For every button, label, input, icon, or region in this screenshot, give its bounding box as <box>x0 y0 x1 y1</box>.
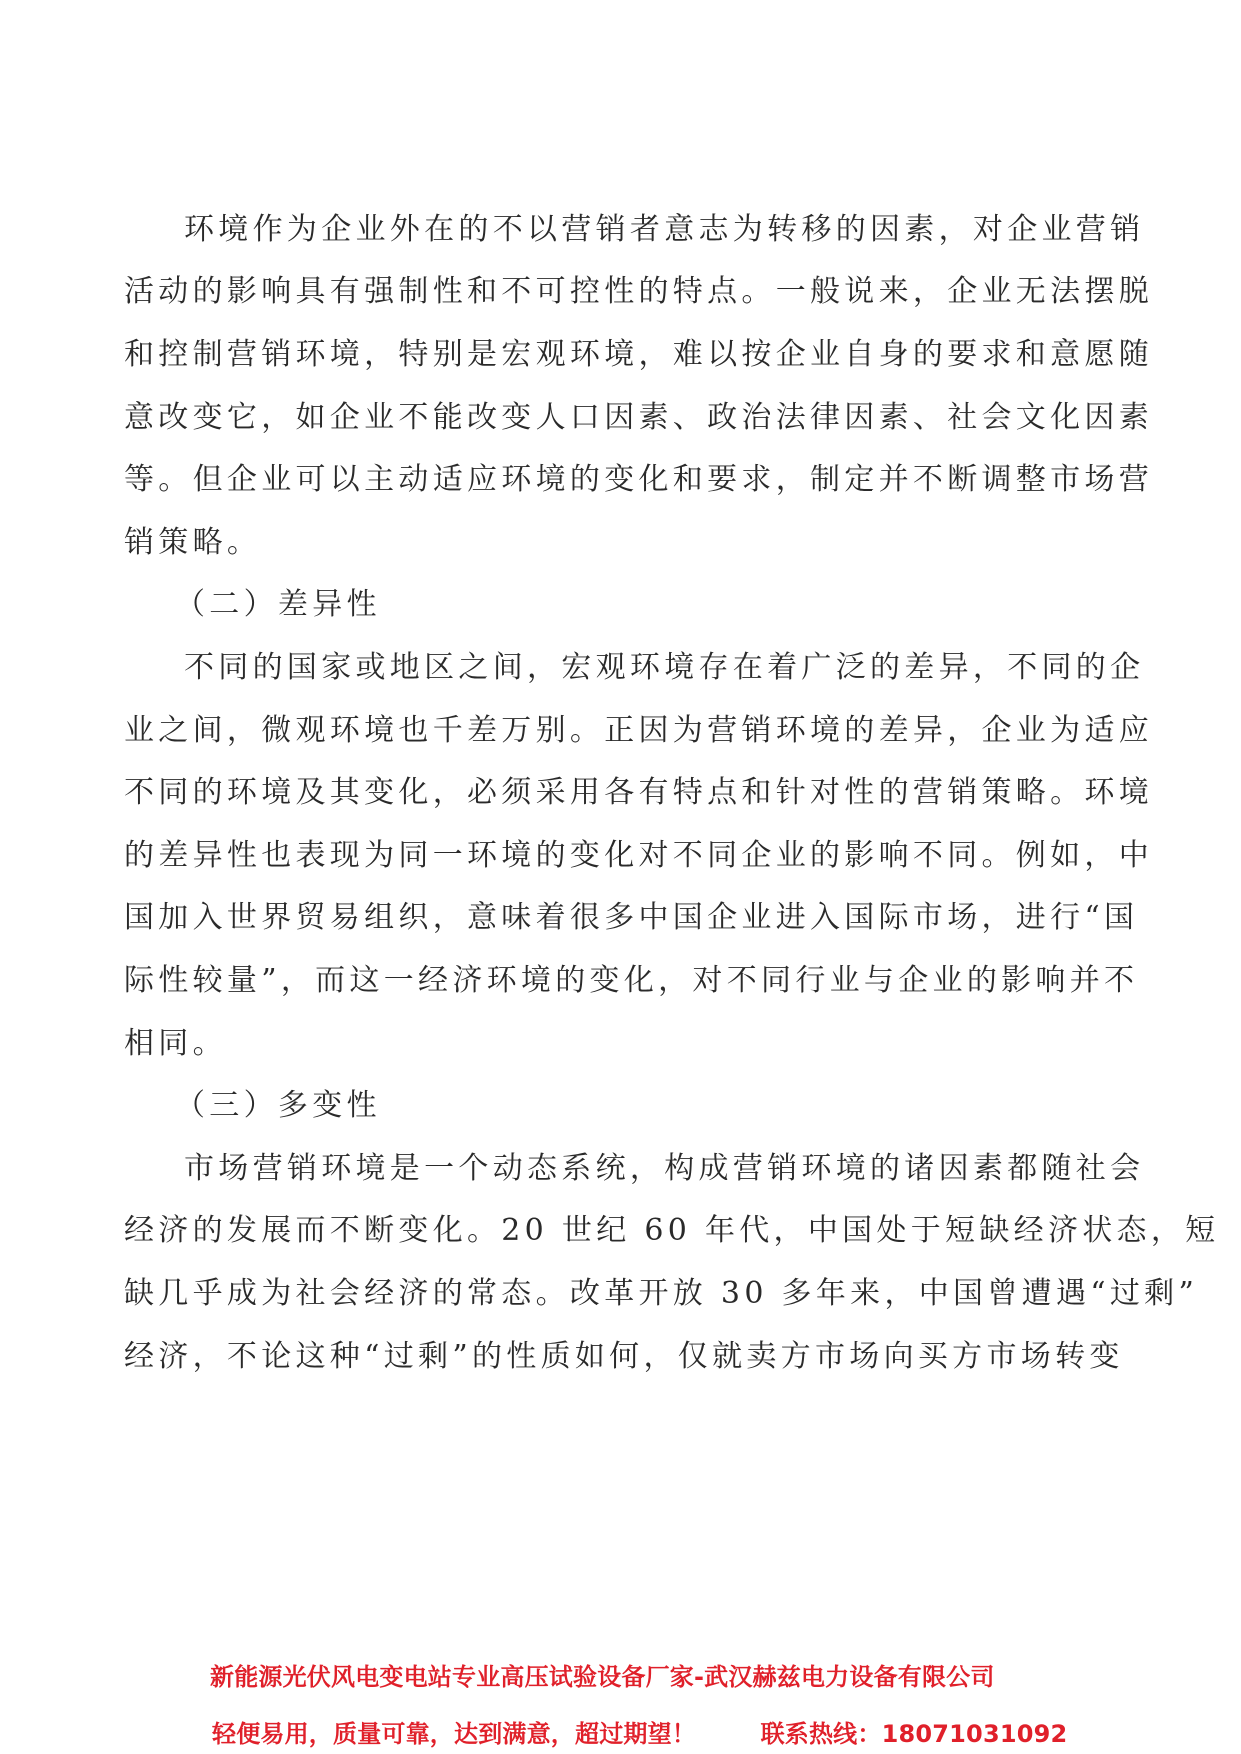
footer-hotline-label: 联系热线： <box>761 1720 882 1748</box>
paragraph-3-line-3: 缺几乎成为社会经济的常态。改革开放 30 多年来，中国曾遭遇“过剩” <box>124 1274 1198 1314</box>
paragraph-3-line-2: 经济的发展而不断变化。20 世纪 60 年代，中国处于短缺经济状态，短 <box>124 1211 1219 1251</box>
footer-slogan-line: 轻便易用，质量可靠，达到满意，超过期望！ 联系热线：18071031092 <box>212 1718 1067 1750</box>
footer-hotline: 联系热线：18071031092 <box>761 1720 1068 1748</box>
document-page: 环境作为企业外在的不以营销者意志为转移的因素，对企业营销 活动的影响具有强制性和… <box>0 0 1241 1754</box>
paragraph-1-line-2: 活动的影响具有强制性和不可控性的特点。一般说来，企业无法摆脱 <box>124 272 1153 312</box>
section-heading-variability: （三）多变性 <box>175 1086 381 1126</box>
paragraph-2-line-4: 的差异性也表现为同一环境的变化对不同企业的影响不同。例如，中 <box>124 836 1153 876</box>
section-heading-differences: （二）差异性 <box>175 585 381 625</box>
paragraph-2-line-6: 际性较量”，而这一经济环境的变化，对不同行业与企业的影响并不 <box>124 961 1138 1001</box>
paragraph-1-line-5: 等。但企业可以主动适应环境的变化和要求，制定并不断调整市场营 <box>124 460 1153 500</box>
paragraph-2-line-7: 相同。 <box>124 1024 227 1064</box>
paragraph-2-line-1: 不同的国家或地区之间，宏观环境存在着广泛的差异，不同的企 <box>184 648 1144 688</box>
paragraph-3-line-4: 经济，不论这种“过剩”的性质如何，仅就卖方市场向买方市场转变 <box>124 1337 1124 1377</box>
paragraph-2-line-3: 不同的环境及其变化，必须采用各有特点和针对性的营销策略。环境 <box>124 773 1153 813</box>
paragraph-1-line-1: 环境作为企业外在的不以营销者意志为转移的因素，对企业营销 <box>184 210 1144 250</box>
footer-slogan: 轻便易用，质量可靠，达到满意，超过期望！ <box>212 1720 696 1748</box>
footer-hotline-number: 18071031092 <box>882 1720 1068 1748</box>
footer-company-line: 新能源光伏风电变电站专业高压试验设备厂家-武汉赫兹电力设备有限公司 <box>210 1661 995 1693</box>
paragraph-1-line-6: 销策略。 <box>124 523 261 563</box>
paragraph-1-line-4: 意改变它，如企业不能改变人口因素、政治法律因素、社会文化因素 <box>124 398 1153 438</box>
paragraph-2-line-5: 国加入世界贸易组织，意味着很多中国企业进入国际市场，进行“国 <box>124 898 1138 938</box>
paragraph-1-line-3: 和控制营销环境，特别是宏观环境，难以按企业自身的要求和意愿随 <box>124 335 1153 375</box>
paragraph-3-line-1: 市场营销环境是一个动态系统，构成营销环境的诸因素都随社会 <box>184 1149 1144 1189</box>
paragraph-2-line-2: 业之间，微观环境也千差万别。正因为营销环境的差异，企业为适应 <box>124 711 1153 751</box>
